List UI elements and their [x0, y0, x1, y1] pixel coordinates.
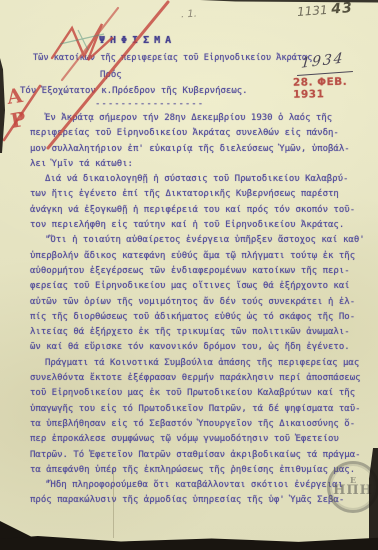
receipt-date-stamp: 28. ΦΕΒ. 1931	[293, 75, 378, 100]
paper-crease	[113, 468, 114, 538]
body-line: τα ὑπεβλήθησαν εἰς τό Σεβαστόν Ὑπουργεῖο…	[30, 417, 366, 432]
separator-dashes: -----------------	[95, 99, 204, 109]
archive-number-part1: 1131	[297, 3, 332, 19]
scanned-document-page: . 1. 1131 43 ΨΗΦΙΣΜΑ Τῶν κατοίκων τῆς πε…	[0, 0, 378, 550]
body-line: των ἥτις ἐγένετο ἐπί τῆς Δικτατορικῆς Κυ…	[30, 187, 366, 202]
body-line: Πράγματι τά Κοινοτικά Συμβούλια ἁπάσης τ…	[30, 356, 366, 371]
body-line: πρός παρακώλυσιν τῆς ἀρμοδίας ὑπηρεσίας …	[30, 493, 366, 508]
body-line: Ἐν Ἀκράτᾳ σήμερον τήν 28ην Δεκεμβρίου 19…	[30, 111, 366, 126]
body-line: λιτείας θά ἐξήρχετο ἐκ τῆς τρικυμίας τῶν…	[30, 325, 366, 340]
scan-edge-right	[369, 448, 378, 550]
pencil-archive-number: 1131 43	[297, 0, 354, 20]
body-line: ἀνάγκη νά ἐξογκωθῇ ἡ περιφέρειά του καί …	[30, 203, 366, 218]
body-line: τοῦ Εἰρηνοδικείου μας ἐκ τοῦ Πρωτοδικείο…	[30, 386, 366, 401]
green-pencil-tick	[60, 30, 104, 50]
addressee-to-line: Τόν Ἐξοχώτατον κ.Πρόεδρον τῆς Κυβερνήσεω…	[20, 86, 248, 96]
round-stamp-monogram: ΗΠΗ	[333, 484, 373, 498]
body-line: περ ἐπροκάλεσε συμφώνως τῷ νόμῳ γνωμοδότ…	[30, 432, 366, 447]
addressee-to-label: Πρός	[100, 70, 122, 80]
scan-edge-bottom	[0, 533, 378, 550]
body-line: τα ἀπεφάνθη ὑπέρ τῆς ἐκπληρώσεως τῆς ῥηθ…	[30, 463, 366, 478]
body-line: ὑπαγωγῆς του εἰς τό Πρωτοδικεῖον Πατρῶν,…	[30, 402, 366, 417]
body-line: περιφερείας τοῦ Εἰρηνοδικείου Ἀκράτας συ…	[30, 126, 366, 141]
body-line: ῶν καί θά εὕρισκε τόν κανονικόν δρόμον τ…	[30, 340, 366, 355]
document-title: ΨΗΦΙΣΜΑ	[99, 35, 176, 46]
scan-edge-top	[200, 0, 378, 3]
body-line: "Ὅτι ἡ τοιαύτη αὐθαίρετος ἐνέργεια ὑπῆρξ…	[30, 233, 366, 248]
body-line: αὐτῶν τῶν ὁρίων τῆς νομιμότητος ἄν δέν τ…	[30, 295, 366, 310]
body-line: τον περιελήφθη εἰς ταύτην καί ἡ τοῦ Εἰρη…	[30, 218, 366, 233]
body-line: συνελθόντα ἔκτοτε ἐξέφρασαν θερμήν παράκ…	[30, 371, 366, 386]
archive-number-part2: 43	[331, 0, 354, 17]
body-line: πίς τῆς διορθώσεως τοῦ ἀδικήματος εὐθύς …	[30, 310, 366, 325]
body-line: "Ἤδη πληροφορούμεθα ὅτι καταβάλλονται σκ…	[30, 478, 366, 493]
body-line: αὐθορμήτου ἐξεγέρσεως τῶν ἐνδιαφερομένων…	[30, 264, 366, 279]
red-marginalia-letter-R: Ρ	[9, 107, 28, 133]
document-body: Ἐν Ἀκράτᾳ σήμερον τήν 28ην Δεκεμβρίου 19…	[30, 111, 366, 509]
body-line: Διά νά δικαιολογηθῇ ἡ σύστασις τοῦ Πρωτο…	[30, 172, 366, 187]
body-line: ὑπερβολήν ἄδικος κατεφάνη εὐθύς ἅμα τῷ π…	[30, 249, 366, 264]
scan-edge-left	[0, 58, 5, 153]
body-line: λει Ὑμῖν τά κάτωθι:	[30, 157, 366, 172]
body-line: Πατρῶν. Τό Ἐφετεῖον Πατρῶν σταθμίσαν ἀκρ…	[30, 448, 366, 463]
body-line: μον συλλαλητήριον ἐπ' εὐκαιρίᾳ τῆς διελε…	[30, 142, 366, 157]
pencil-page-number: . 1.	[181, 9, 197, 21]
addressee-from-line: Τῶν κατοίκων τῆς περιφερείας τοῦ Εἰρηνοδ…	[33, 53, 312, 63]
body-line: φερείας τοῦ Εἰρηνοδικείου μας οἵτινες ἴσ…	[30, 279, 366, 294]
